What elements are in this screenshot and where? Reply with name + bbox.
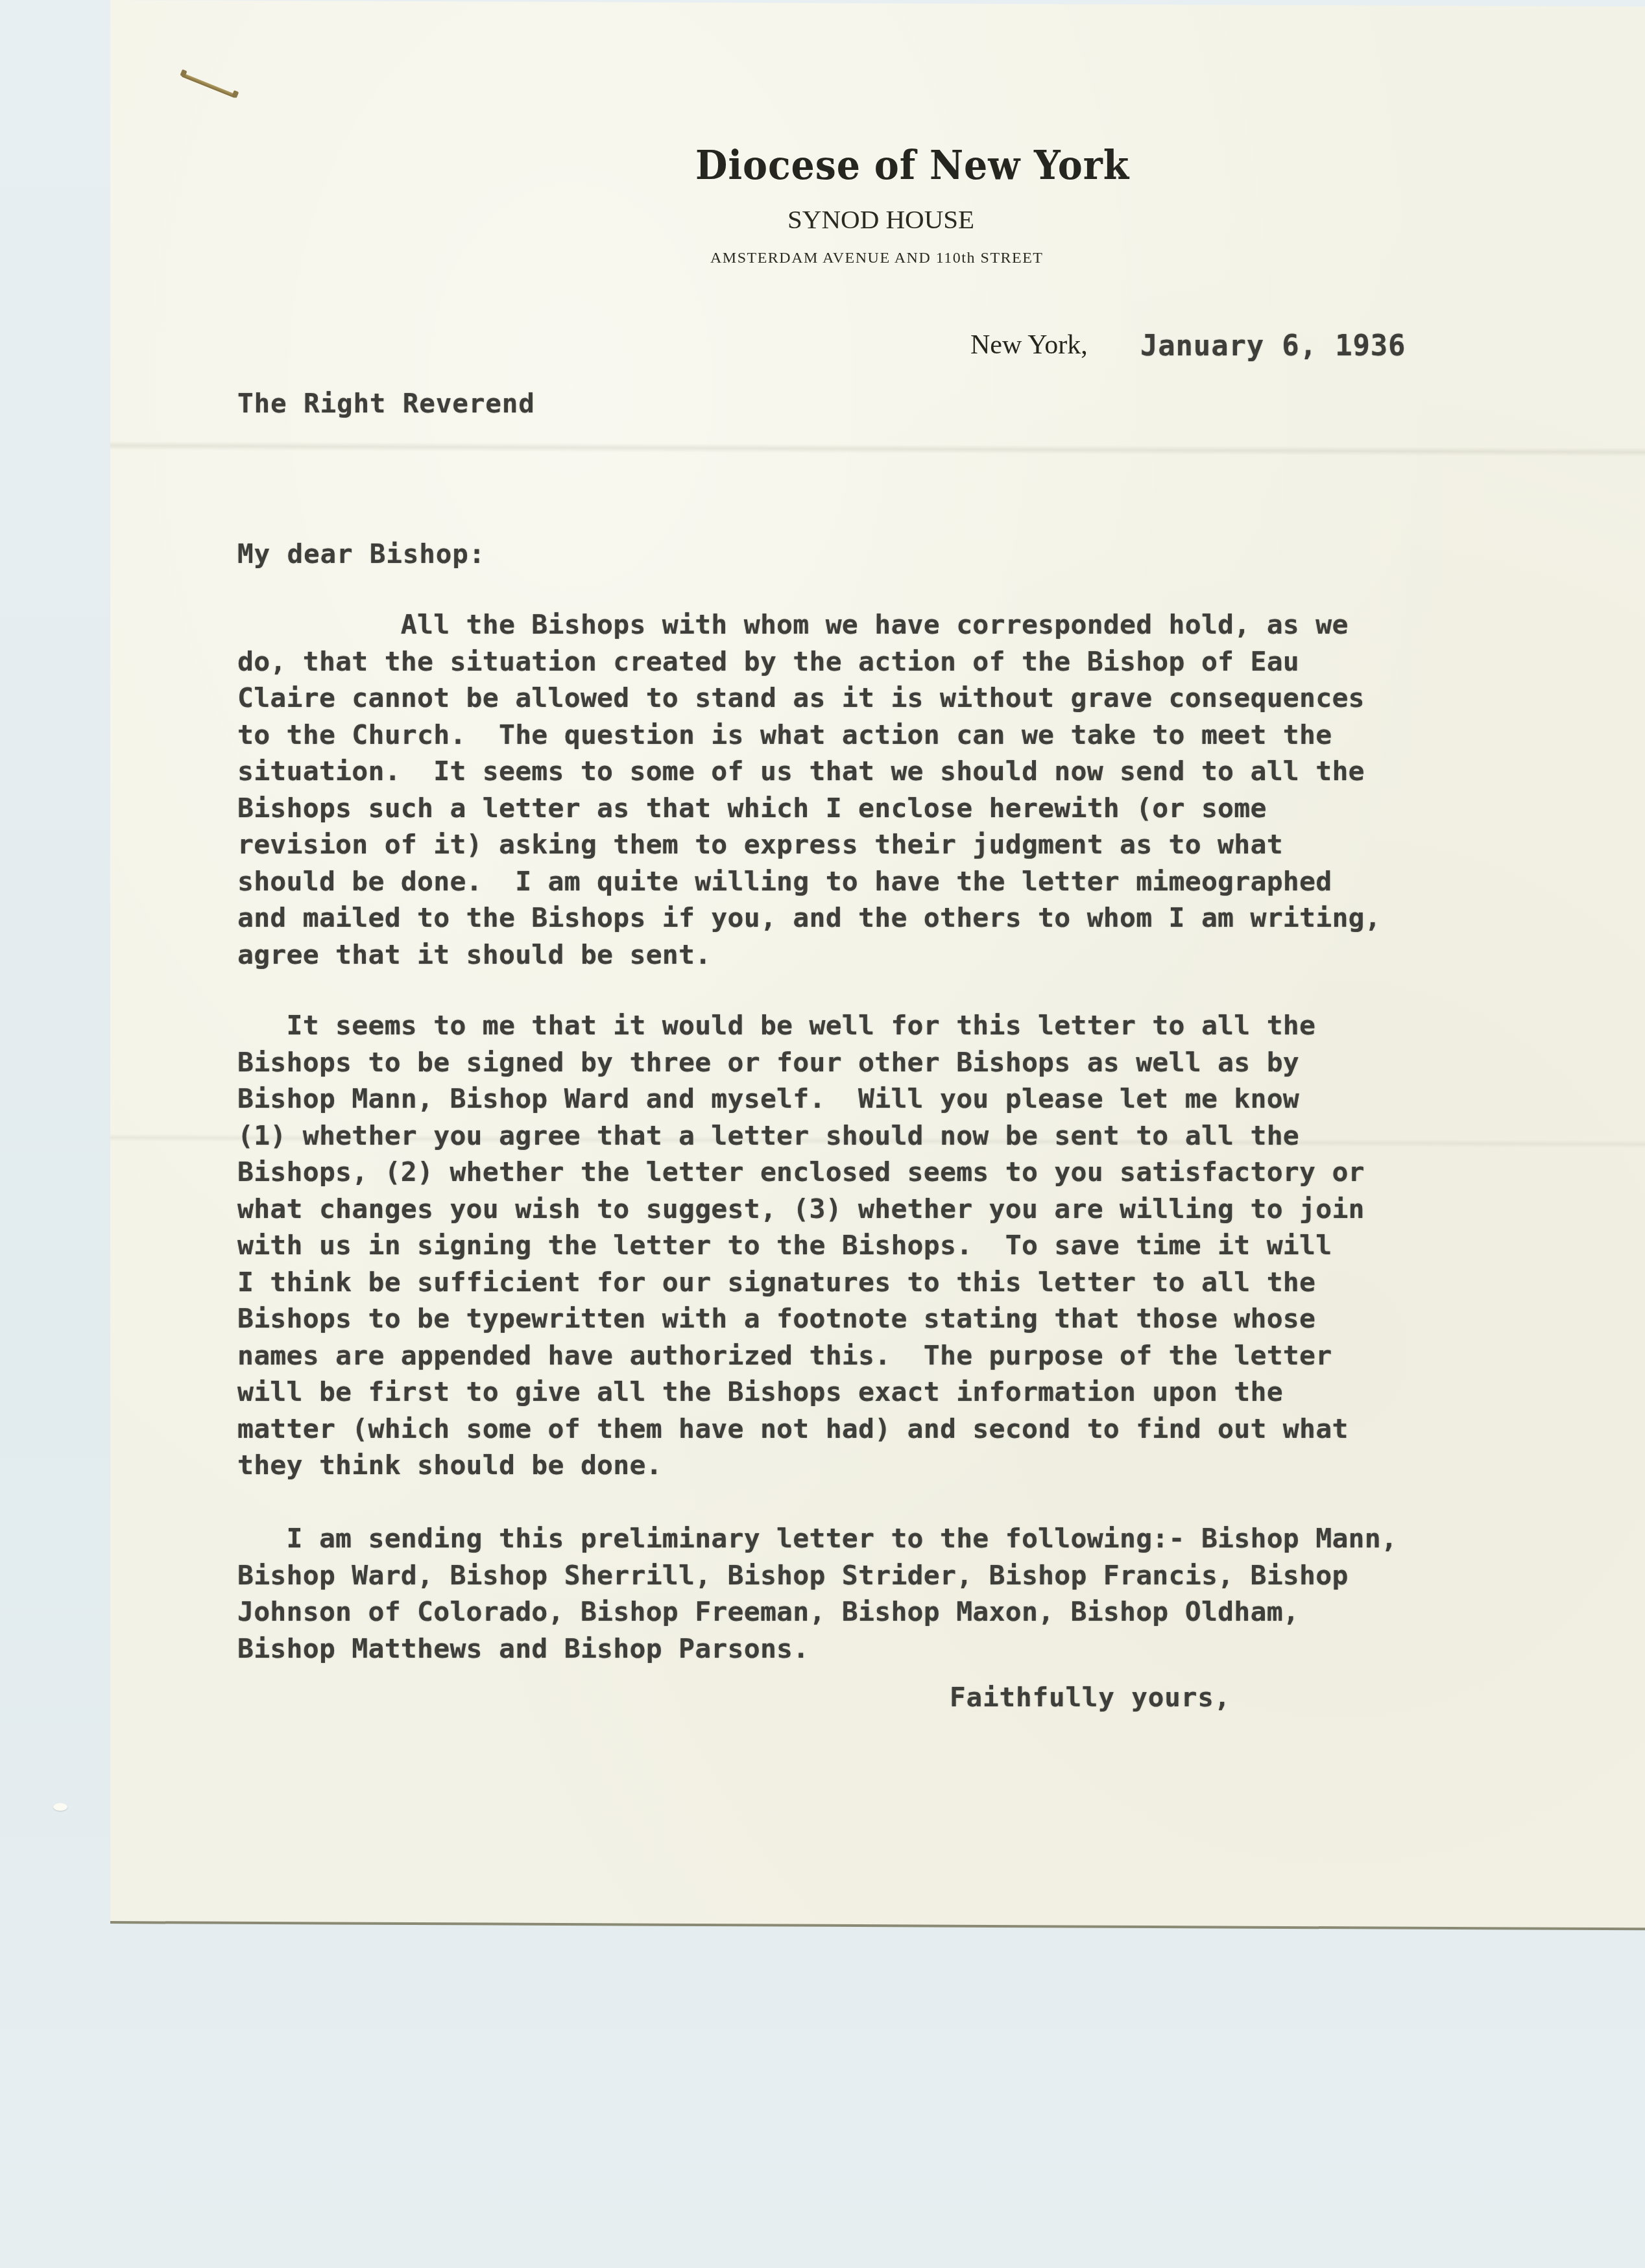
- text-line: Bishops such a letter as that which I en…: [237, 790, 1381, 827]
- text-line: Bishops to be typewritten with a footnot…: [237, 1300, 1365, 1337]
- text-line: situation. It seems to some of us that w…: [237, 753, 1381, 790]
- text-line: Bishop Matthews and Bishop Parsons.: [237, 1630, 1397, 1667]
- letterhead-building: SYNOD HOUSE: [787, 204, 974, 235]
- text-line: Bishops to be signed by three or four ot…: [237, 1044, 1365, 1081]
- text-line: I think be sufficient for our signatures…: [237, 1264, 1365, 1301]
- text-line: what changes you wish to suggest, (3) wh…: [237, 1191, 1365, 1228]
- body-paragraph-1: All the Bishops with whom we have corres…: [237, 606, 1381, 973]
- text-line: It seems to me that it would be well for…: [237, 1007, 1365, 1044]
- text-line: Bishop Ward, Bishop Sherrill, Bishop Str…: [237, 1557, 1397, 1594]
- text-line: should be done. I am quite willing to ha…: [237, 863, 1381, 900]
- salutation: My dear Bishop:: [237, 538, 485, 569]
- body-paragraph-2: It seems to me that it would be well for…: [237, 1007, 1365, 1484]
- text-line: they think should be done.: [237, 1447, 1365, 1484]
- text-line: All the Bishops with whom we have corres…: [237, 606, 1381, 643]
- dust-speck: [53, 1803, 67, 1811]
- text-line: do, that the situation created by the ac…: [237, 643, 1381, 680]
- text-line: to the Church. The question is what acti…: [237, 717, 1381, 754]
- text-line: I am sending this preliminary letter to …: [237, 1520, 1397, 1557]
- text-line: (1) whether you agree that a letter shou…: [237, 1117, 1365, 1154]
- letterhead-organization: Diocese of New York: [695, 141, 1129, 189]
- text-line: matter (which some of them have not had)…: [237, 1411, 1365, 1448]
- text-line: agree that it should be sent.: [237, 937, 1381, 973]
- dateline-date: January 6, 1936: [1140, 329, 1406, 363]
- text-line: with us in signing the letter to the Bis…: [237, 1227, 1365, 1264]
- letterhead-address: AMSTERDAM AVENUE AND 110th STREET: [710, 250, 1044, 267]
- text-line: names are appended have authorized this.…: [237, 1337, 1365, 1374]
- text-line: revision of it) asking them to express t…: [237, 826, 1381, 863]
- text-line: will be first to give all the Bishops ex…: [237, 1374, 1365, 1411]
- text-line: Bishop Mann, Bishop Ward and myself. Wil…: [237, 1080, 1365, 1117]
- dateline-place: New York,: [970, 329, 1088, 361]
- recipient-title: The Right Reverend: [237, 388, 535, 419]
- text-line: Johnson of Colorado, Bishop Freeman, Bis…: [237, 1594, 1397, 1630]
- fold-crease: [110, 441, 1645, 457]
- body-paragraph-3: I am sending this preliminary letter to …: [237, 1520, 1397, 1667]
- text-line: Bishops, (2) whether the letter enclosed…: [237, 1154, 1365, 1191]
- text-line: and mailed to the Bishops if you, and th…: [237, 900, 1381, 937]
- text-line: Claire cannot be allowed to stand as it …: [237, 680, 1381, 717]
- closing: Faithfully yours,: [950, 1682, 1231, 1713]
